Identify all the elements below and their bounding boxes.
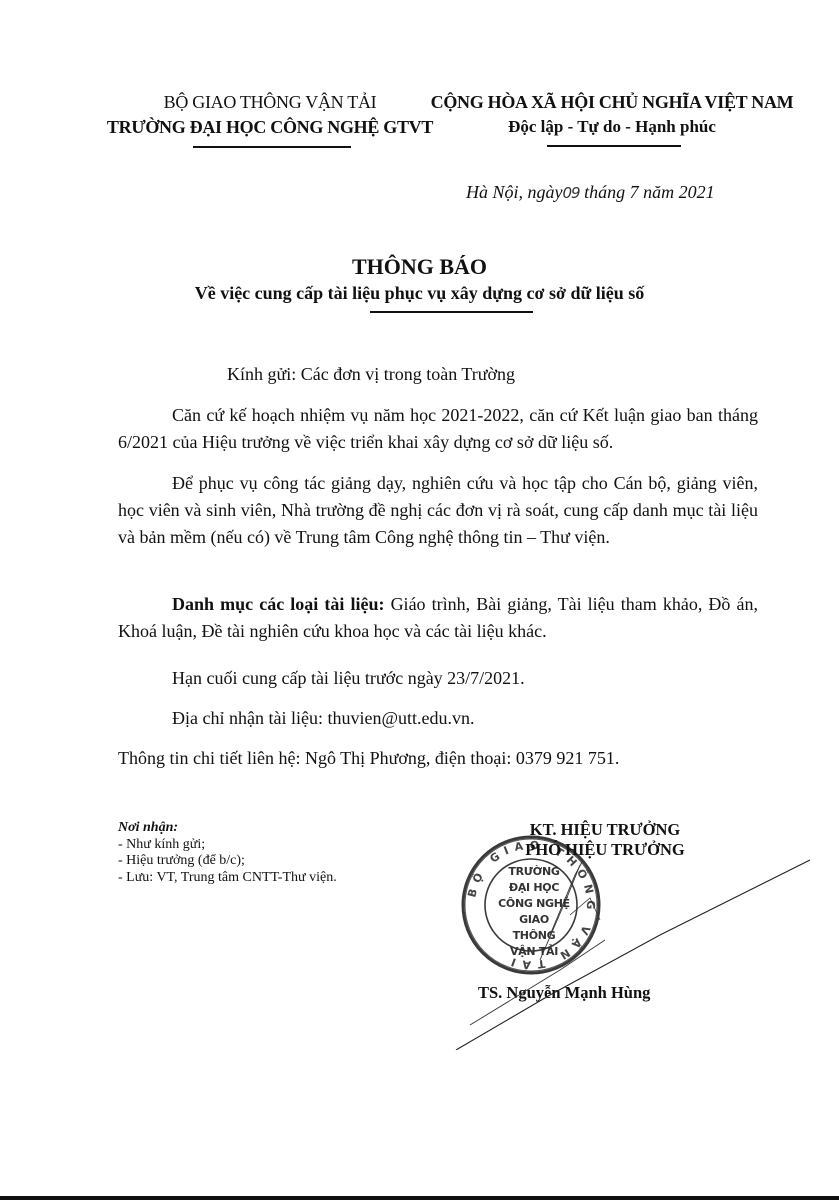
university-name: TRƯỜNG ĐẠI HỌC CÔNG NGHỆ GTVT bbox=[100, 117, 440, 138]
document-title: THÔNG BÁO bbox=[0, 254, 839, 280]
recipient-item: - Lưu: VT, Trung tâm CNTT-Thư viện. bbox=[118, 870, 337, 887]
email-text: Địa chỉ nhận tài liệu: thuvien@utt.edu.v… bbox=[172, 708, 475, 728]
issuer-block: BỘ GIAO THÔNG VẬN TẢI TRƯỜNG ĐẠI HỌC CÔN… bbox=[100, 92, 440, 148]
paragraph-request: Để phục vụ công tác giảng dạy, nghiên cứ… bbox=[118, 470, 758, 551]
paragraph-email: Địa chỉ nhận tài liệu: thuvien@utt.edu.v… bbox=[118, 705, 758, 732]
paragraph-deadline: Hạn cuối cung cấp tài liệu trước ngày 23… bbox=[118, 665, 758, 692]
paragraph-basis: Căn cứ kế hoạch nhiệm vụ năm học 2021-20… bbox=[118, 402, 758, 456]
ministry-name: BỘ GIAO THÔNG VẬN TẢI bbox=[100, 92, 440, 113]
recipients-list: Nơi nhận: - Như kính gửi; - Hiệu trưởng … bbox=[118, 820, 337, 886]
paragraph-request-text: Để phục vụ công tác giảng dạy, nghiên cứ… bbox=[118, 473, 758, 547]
handwritten-signature bbox=[430, 820, 810, 1050]
recipient-item: - Như kính gửi; bbox=[118, 837, 337, 854]
subtitle-underline bbox=[370, 311, 533, 313]
deadline-text: Hạn cuối cung cấp tài liệu trước ngày 23… bbox=[172, 668, 525, 688]
date-prefix: Hà Nội, ngày bbox=[466, 182, 563, 202]
national-motto: Độc lập - Tự do - Hạnh phúc bbox=[422, 117, 802, 137]
issuer-underline bbox=[193, 146, 351, 148]
document-types-label: Danh mục các loại tài liệu: bbox=[172, 594, 384, 614]
motto-underline bbox=[547, 145, 681, 147]
document-subtitle: Về việc cung cấp tài liệu phục vụ xây dự… bbox=[0, 283, 839, 304]
recipient-line: Kính gửi: Các đơn vị trong toàn Trường bbox=[227, 361, 515, 388]
republic-name: CỘNG HÒA XÃ HỘI CHỦ NGHĨA VIỆT NAM bbox=[422, 92, 802, 113]
date-day-handwritten: 09 bbox=[563, 184, 580, 202]
scan-edge bbox=[0, 1196, 839, 1200]
national-heading: CỘNG HÒA XÃ HỘI CHỦ NGHĨA VIỆT NAM Độc l… bbox=[422, 92, 802, 147]
date-suffix: tháng 7 năm 2021 bbox=[584, 182, 715, 202]
recipients-heading: Nơi nhận: bbox=[118, 820, 337, 837]
paragraph-document-types: Danh mục các loại tài liệu: Giáo trình, … bbox=[118, 591, 758, 645]
document-date: Hà Nội, ngày09 tháng 7 năm 2021 bbox=[466, 182, 715, 203]
recipient-item: - Hiệu trưởng (để b/c); bbox=[118, 853, 337, 870]
paragraph-contact: Thông tin chi tiết liên hệ: Ngô Thị Phươ… bbox=[118, 745, 619, 772]
paragraph-basis-text: Căn cứ kế hoạch nhiệm vụ năm học 2021-20… bbox=[118, 405, 758, 452]
